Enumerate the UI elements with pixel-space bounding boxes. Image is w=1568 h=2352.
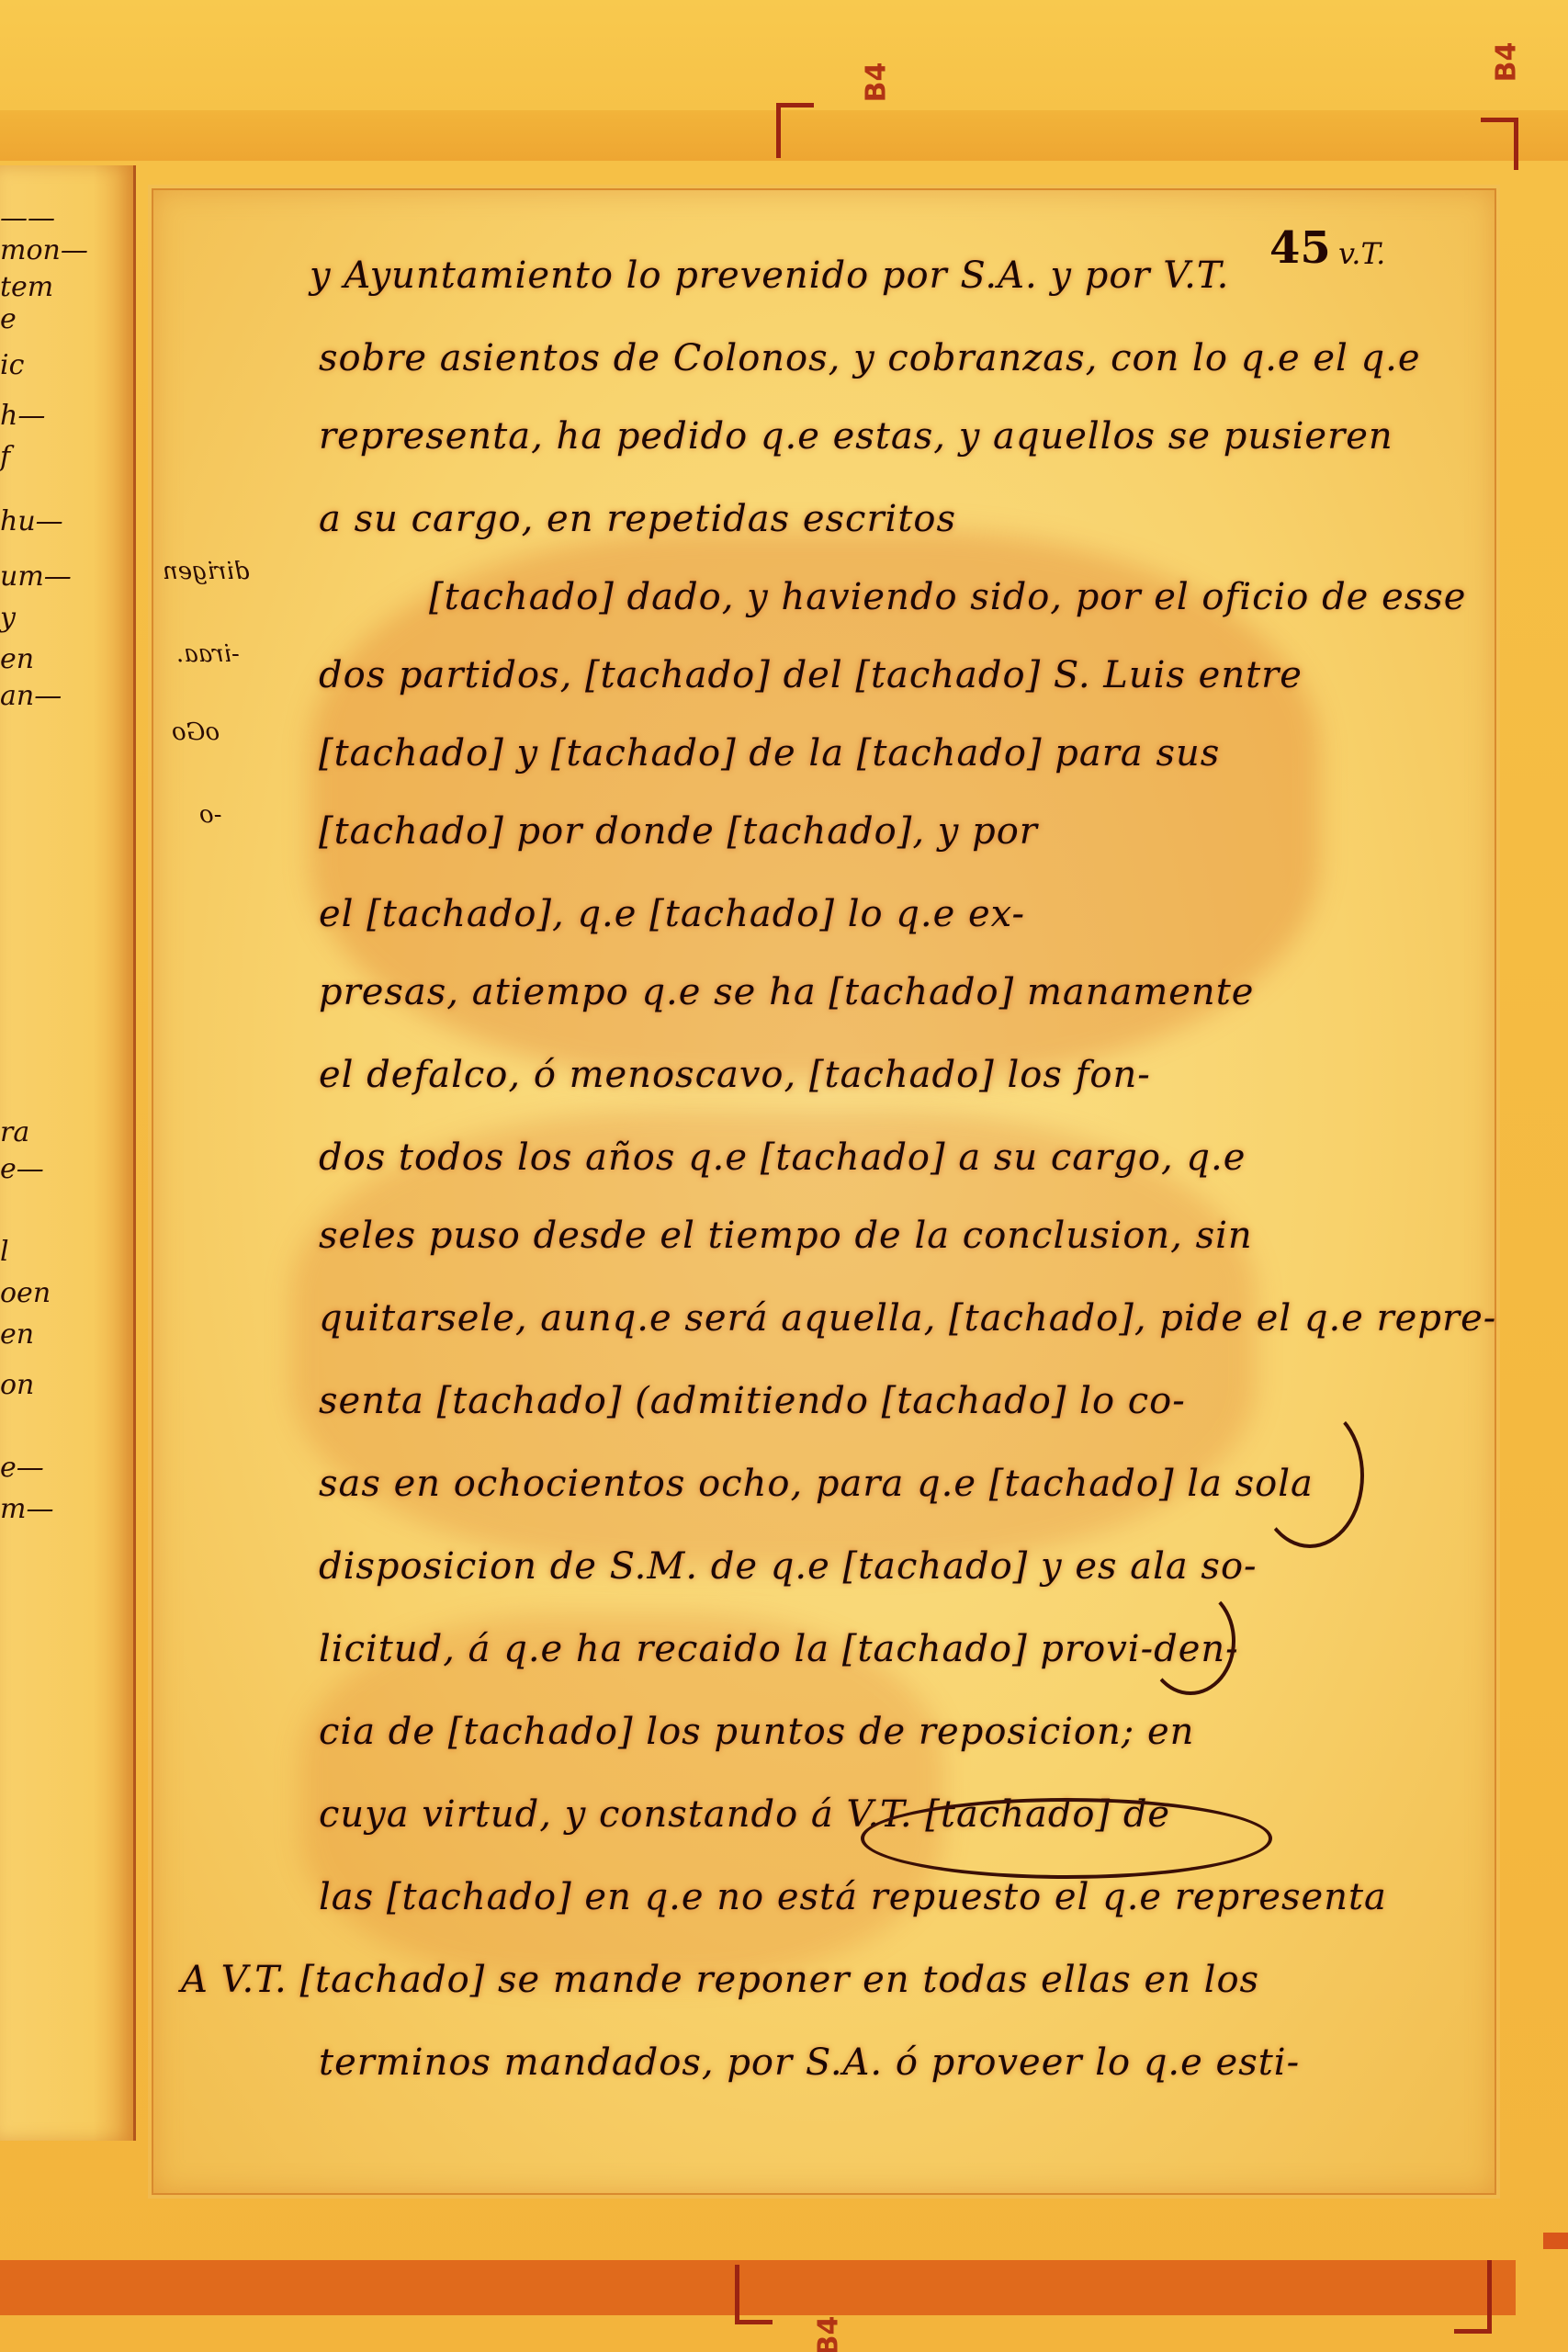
margin-note: -o [199, 801, 221, 829]
manuscript-line: sas en ochocientos ocho, para q.e [tacha… [319, 1463, 1314, 1505]
left-fragment: oen [0, 1277, 51, 1309]
left-fragment: e— [0, 1153, 44, 1185]
manuscript-line: [tachado] por donde [tachado], y por [319, 810, 1038, 853]
marker-label-bottom-left: B4 [812, 2316, 844, 2352]
left-fragment: l [0, 1236, 9, 1268]
left-fragment: en [0, 643, 34, 675]
folio-suffix: v.T. [1338, 236, 1385, 271]
manuscript-line: licitud, á q.e ha recaido la [tachado] p… [319, 1628, 1239, 1670]
left-fragment: ic [0, 349, 24, 381]
manuscript-line: y Ayuntamiento lo prevenido por S.A. y p… [310, 254, 1229, 297]
left-fragment: m— [0, 1493, 53, 1525]
left-fragment: tem [0, 271, 53, 303]
manuscript-line: el defalco, ó menoscavo, [tachado] los f… [319, 1054, 1151, 1096]
left-fragment: f [0, 441, 10, 473]
manuscript-line: senta [tachado] (admitiendo [tachado] lo… [319, 1380, 1186, 1422]
left-fragment: ra [0, 1116, 29, 1148]
manuscript-line: [tachado] y [tachado] de la [tachado] pa… [319, 732, 1220, 775]
left-fragment: hu— [0, 505, 63, 537]
left-fragment: —— [0, 202, 55, 234]
manuscript-line: dos todos los años q.e [tachado] a su ca… [319, 1136, 1246, 1179]
manuscript-line: [tachado] dado, y haviendo sido, por el … [429, 576, 1466, 618]
left-facing-page: —— mon— tem e ic h— f hu— um— y en an— r… [0, 165, 136, 2141]
manuscript-line: el [tachado], q.e [tachado] lo q.e ex- [319, 893, 1025, 935]
manuscript-line: quitarsele, aunq.e será aquella, [tachad… [319, 1297, 1496, 1340]
manuscript-line: sobre asientos de Colonos, y cobranzas, … [319, 337, 1421, 379]
left-fragment: on [0, 1369, 34, 1401]
margin-note: oGo [172, 718, 220, 746]
manuscript-line: cia de [tachado] los puntos de reposicio… [319, 1711, 1194, 1753]
margin-note: -iraa. [176, 640, 240, 668]
signature-flourish-icon [861, 1798, 1272, 1879]
rubric-flourish-icon [1145, 1587, 1235, 1695]
marker-label-top-left: B4 [860, 62, 892, 103]
left-fragment: en [0, 1318, 34, 1351]
crop-marker-bottom-right [1454, 2260, 1492, 2334]
rubric-flourish-icon [1256, 1403, 1364, 1548]
crop-marker-bottom-left [735, 2265, 773, 2324]
bottom-right-strip [1543, 2233, 1568, 2249]
crop-marker-top-right [1481, 118, 1518, 170]
manuscript-line: seles puso desde el tiempo de la conclus… [319, 1215, 1253, 1257]
manuscript-line: A V.T. [tachado] se mande reponer en tod… [181, 1959, 1259, 2001]
marker-label-top-right: B4 [1490, 42, 1522, 83]
margin-note: dirigen [163, 558, 249, 585]
left-fragment: um— [0, 560, 72, 593]
left-fragment: mon— [0, 234, 88, 266]
manuscript-line: las [tachado] en q.e no está repuesto el… [319, 1876, 1387, 1918]
manuscript-page: 45 v.T. dirigen -iraa. oGo -o y Ayuntami… [152, 188, 1496, 2195]
crop-marker-top-left [776, 103, 814, 158]
manuscript-line: dos partidos, [tachado] del [tachado] S.… [319, 654, 1303, 696]
manuscript-line: disposicion de S.M. de q.e [tachado] y e… [319, 1545, 1258, 1588]
manuscript-line: representa, ha pedido q.e estas, y aquel… [319, 415, 1393, 458]
manuscript-line: a su cargo, en repetidas escritos [319, 498, 956, 540]
left-fragment: e— [0, 1452, 44, 1484]
left-fragment: an— [0, 680, 62, 712]
left-fragment: e [0, 303, 17, 335]
left-fragment: h— [0, 400, 45, 432]
left-fragment: y [0, 602, 16, 634]
manuscript-line: presas, atiempo q.e se ha [tachado] mana… [319, 971, 1254, 1013]
folio-number: 45 [1269, 222, 1331, 274]
manuscript-line: terminos mandados, por S.A. ó proveer lo… [319, 2041, 1300, 2084]
